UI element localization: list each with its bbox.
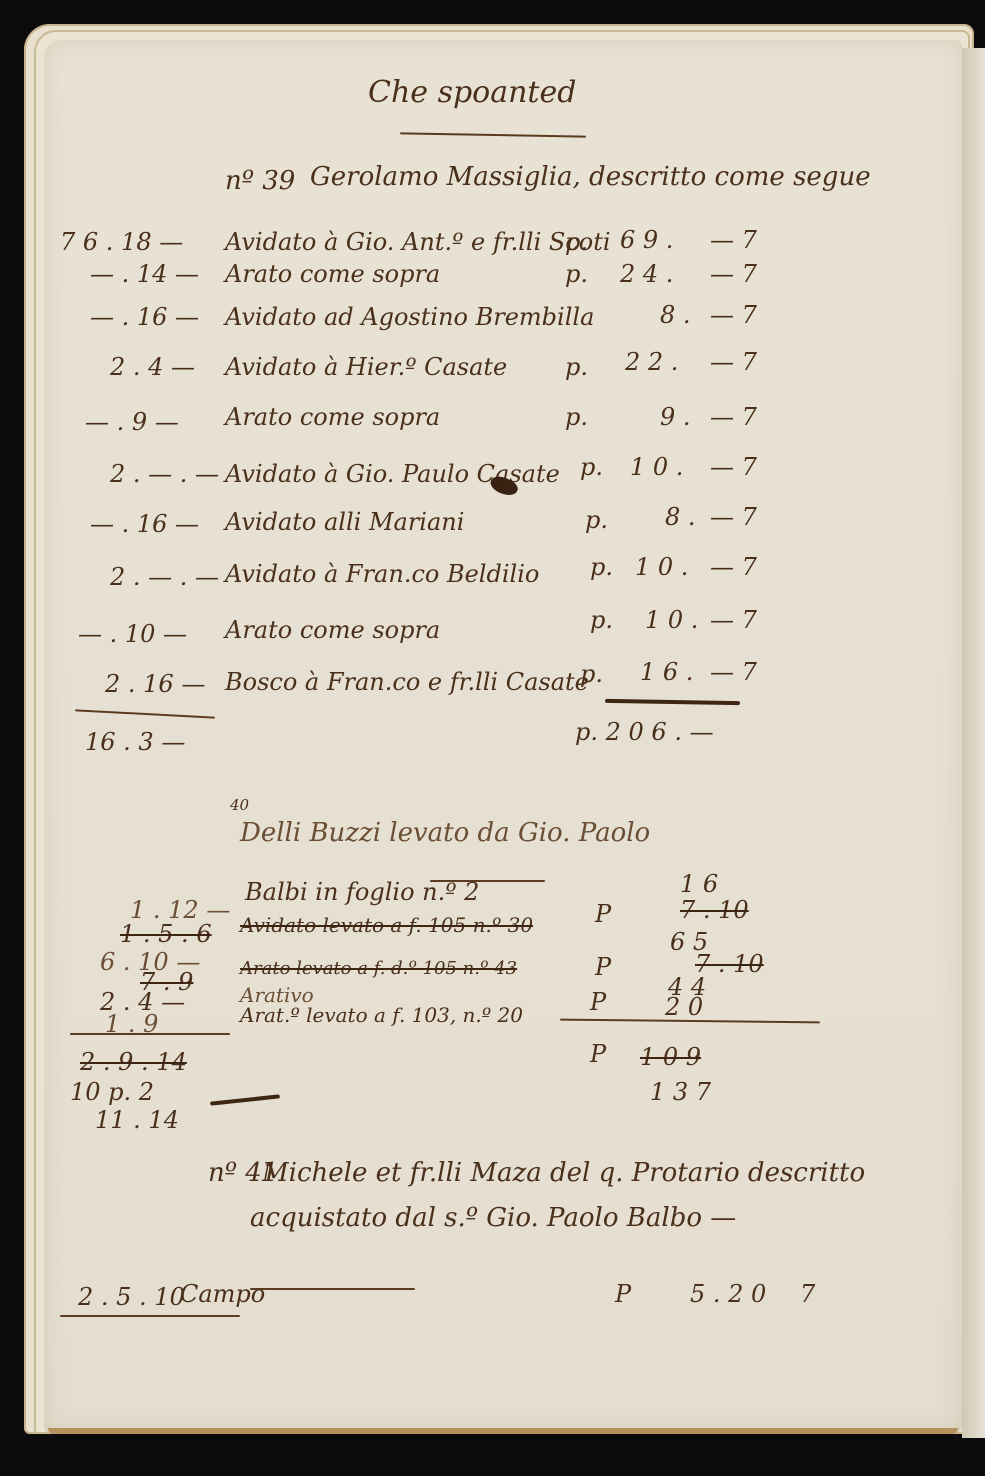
row-p: p. <box>580 662 603 686</box>
row-tail: — 7 <box>710 608 757 632</box>
row-description: Campo <box>180 1282 265 1306</box>
section1-header: Gerolamo Massiglia, descritto come segue <box>310 164 871 190</box>
row-left-value: 1 . 12 — <box>130 898 230 922</box>
row-p: p. <box>565 405 588 429</box>
section2-header: Delli Buzzi levato da Gio. Paolo <box>240 820 650 846</box>
row-description: Avidato alli Mariani <box>225 510 464 534</box>
row-amount: 1 0 . <box>645 608 698 632</box>
row-tail: — 7 <box>710 262 757 286</box>
row-amount: 2 2 . <box>625 350 678 374</box>
page-heading: Che spoanted <box>368 78 576 108</box>
page-bottom-stain <box>48 1428 958 1434</box>
row-p: p. <box>590 608 613 632</box>
row-left-value: 2 . — . — <box>110 462 219 486</box>
section1-right-total: p. 2 0 6 . — <box>575 720 714 744</box>
row-tail: — 7 <box>710 303 757 327</box>
row-left-value: 2 . 16 — <box>105 672 205 696</box>
row-tail: 7 <box>800 1282 815 1306</box>
row-tail: — 7 <box>710 660 757 684</box>
row-amount: 1 6 <box>680 872 718 896</box>
row-amount: 1 0 . <box>630 455 683 479</box>
section1-left-total: 16 . 3 — <box>85 730 185 754</box>
section2-left-total-line1: 10 p. 2 <box>70 1080 154 1104</box>
row-p: P <box>595 902 611 926</box>
row-amount: 1 0 . <box>635 555 688 579</box>
row-description: Arat.º levato a f. 103, n.º 20 <box>240 1005 523 1025</box>
fill-line <box>430 880 545 882</box>
section2-marker: 40 <box>230 798 249 813</box>
underline <box>60 1315 240 1317</box>
row-tail: — 7 <box>710 505 757 529</box>
facing-page-edge <box>962 48 985 1438</box>
row-amount: 2 4 . <box>620 262 673 286</box>
row-p: p. <box>565 355 588 379</box>
section2-right-total: 1 3 7 <box>650 1080 711 1104</box>
section3-header-line2: acquistato dal s.º Gio. Paolo Balbo — <box>250 1205 736 1231</box>
section2-left-struck-total: 2 . 9 . 14 <box>80 1050 187 1074</box>
section3-header-line1: Michele et fr.lli Maza del q. Protario d… <box>262 1160 865 1186</box>
section2-right-p: P <box>590 1042 606 1066</box>
row-amount: 8 . <box>660 303 691 327</box>
row-left-value: 2 . 5 . 10 <box>78 1285 185 1309</box>
section2-right-struck-total: 1 0 9 <box>640 1045 701 1069</box>
row-amount: 9 . <box>660 405 691 429</box>
row-description: Avidato à Hier.º Casate <box>225 355 507 379</box>
row-p: p. <box>585 508 608 532</box>
row-description: Avidato à Fran.co Beldilio <box>225 562 539 586</box>
row-p: p. <box>565 230 588 254</box>
row-tail: — 7 <box>710 405 757 429</box>
row-p: p. <box>580 455 603 479</box>
row-left-value: — . 16 — <box>90 305 199 329</box>
row-left-value: 7 6 . 18 — <box>60 230 183 254</box>
row-p: P <box>595 955 611 979</box>
row-amount: 2 0 <box>665 995 703 1019</box>
section2-left-total-line2: 11 . 14 <box>95 1108 179 1132</box>
row-description: Avidato à Gio. Ant.º e fr.lli Scoti <box>225 230 611 254</box>
row-p: p. <box>590 555 613 579</box>
row-tail: — 7 <box>710 455 757 479</box>
row-description: Bosco à Fran.co e fr.lli Casate <box>225 670 589 694</box>
row-left-value: — . 16 — <box>90 512 199 536</box>
section2-left-total-rule <box>70 1033 230 1035</box>
row-p: p. <box>565 262 588 286</box>
row-p: P <box>615 1282 631 1306</box>
row-description: Arativo <box>240 985 314 1005</box>
row-description: Avidato ad Agostino Brembilla <box>225 305 594 329</box>
row-description: Arato come sopra <box>225 618 440 642</box>
row-left-value: 2 . — . — <box>110 565 219 589</box>
row-description: Arato levato a f. d.º 105 n.º 43 <box>240 960 517 978</box>
row-p: P <box>590 990 606 1014</box>
row-description: Arato come sopra <box>225 262 440 286</box>
row-struck-amount: 7 . 10 <box>680 898 749 922</box>
row-left-value: — . 9 — <box>85 410 179 434</box>
row-amount: 8 . <box>665 505 696 529</box>
row-amount: 5 . 2 0 <box>690 1282 766 1306</box>
row-description: Arato come sopra <box>225 405 440 429</box>
fill-line <box>250 1288 415 1290</box>
row-amount: 6 9 . <box>620 228 673 252</box>
row-struck-left-value: 1 . 5 . 6 <box>120 922 212 946</box>
row-tail: — 7 <box>710 228 757 252</box>
section1-marker: nº 39 <box>225 168 295 194</box>
row-left-value: — . 14 — <box>90 262 199 286</box>
row-tail: — 7 <box>710 350 757 374</box>
row-description: Balbi in foglio n.º 2 <box>245 880 479 904</box>
row-left-value: — . 10 — <box>78 622 187 646</box>
row-tail: — 7 <box>710 555 757 579</box>
row-left-value: 2 . 4 — <box>110 355 195 379</box>
row-description: Avidato levato a f. 105 n.º 30 <box>240 915 533 935</box>
row-amount: 1 6 . <box>640 660 693 684</box>
